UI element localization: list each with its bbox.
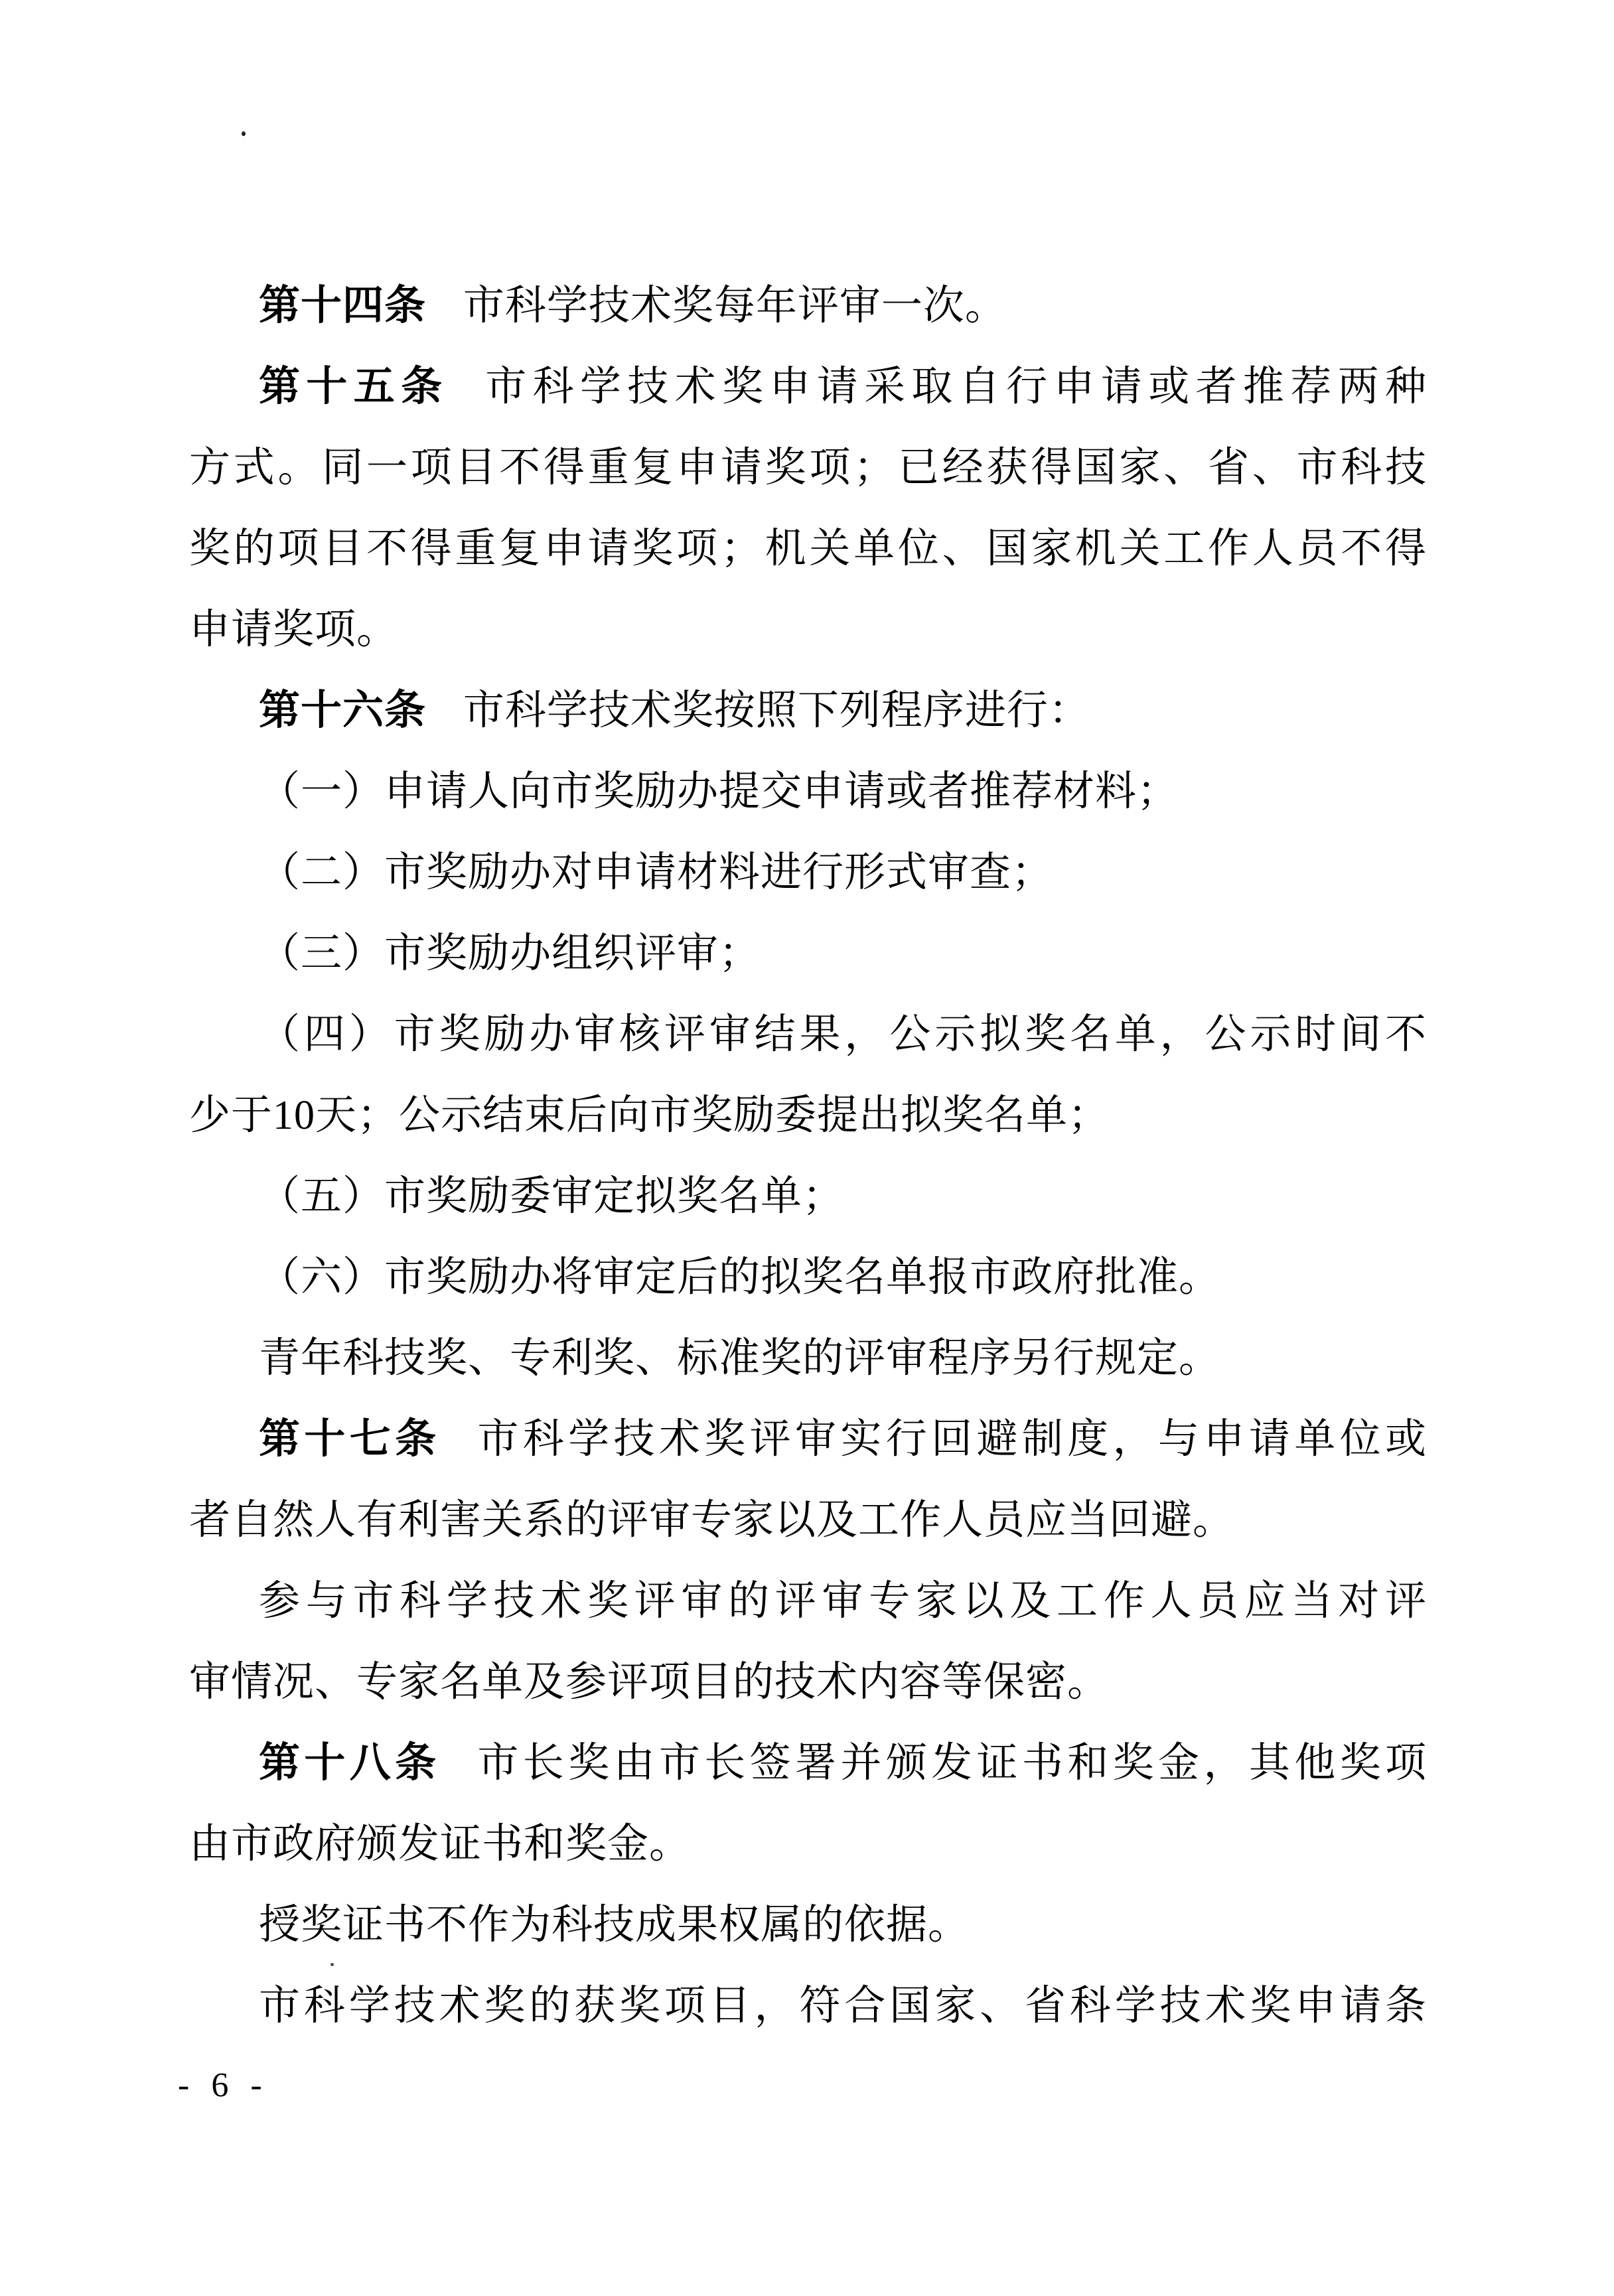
doc-line: 青年科技奖、专利奖、标准奖的评审程序另行规定。 [189, 1318, 1427, 1399]
doc-line: 参与市科学技术奖评审的评审专家以及工作人员应当对评 [189, 1561, 1427, 1642]
doc-line-item-6: （六）市奖励办将审定后的拟奖名单报市政府批准。 [189, 1237, 1427, 1318]
doc-line: 市科学技术奖的获奖项目，符合国家、省科学技术奖申请条 [189, 1966, 1427, 2046]
doc-line-item-3: （三）市奖励办组织评审； [189, 913, 1427, 994]
line-text: 由市政府颁发证书和奖金。 [189, 1822, 691, 1867]
line-text: 市科学技术奖申请采取自行申请或者推荐两种 [485, 364, 1427, 409]
line-text: 奖的项目不得重复申请奖项；机关单位、国家机关工作人员不得 [189, 526, 1427, 571]
scan-speck [242, 131, 246, 136]
document-page: 第十四条市科学技术奖每年评审一次。 第十五条市科学技术奖申请采取自行申请或者推荐… [0, 0, 1614, 2296]
line-text: 方式。同一项目不得重复申请奖项；已经获得国家、省、市科技 [189, 445, 1427, 490]
line-text: （六）市奖励办将审定后的拟奖名单报市政府批准。 [259, 1255, 1220, 1300]
doc-line-item-4: （四）市奖励办审核评审结果，公示拟奖名单，公示时间不 [189, 994, 1427, 1075]
page-number: - 6 - [178, 2062, 269, 2109]
document-body: 第十四条市科学技术奖每年评审一次。 第十五条市科学技术奖申请采取自行申请或者推荐… [189, 265, 1427, 2046]
line-text: 市长奖由市长签署并颁发证书和奖金，其他奖项 [477, 1741, 1427, 1786]
doc-line-article-15: 第十五条市科学技术奖申请采取自行申请或者推荐两种 [189, 346, 1427, 427]
article-number: 第十四条 [259, 283, 426, 328]
line-text: 审情况、专家名单及参评项目的技术内容等保密。 [189, 1660, 1109, 1705]
doc-line: 由市政府颁发证书和奖金。 [189, 1804, 1427, 1885]
doc-line: 者自然人有利害关系的评审专家以及工作人员应当回避。 [189, 1480, 1427, 1561]
line-text: （三）市奖励办组织评审； [259, 931, 761, 976]
doc-line-item-2: （二）市奖励办对申请材料进行形式审查； [189, 832, 1427, 913]
article-number: 第十六条 [259, 687, 426, 733]
doc-line: 方式。同一项目不得重复申请奖项；已经获得国家、省、市科技 [189, 427, 1427, 508]
doc-line: 授奖证书不作为科技成果权属的依据。 [189, 1885, 1427, 1966]
line-text: （一）申请人向市奖励办提交申请或者推荐材料； [259, 769, 1179, 814]
doc-line-article-14: 第十四条市科学技术奖每年评审一次。 [189, 265, 1427, 346]
line-text: （四）市奖励办审核评审结果，公示拟奖名单，公示时间不 [259, 1012, 1427, 1057]
line-text: （五）市奖励委审定拟奖名单； [259, 1174, 844, 1219]
line-text: 申请奖项。 [189, 607, 398, 652]
line-text: 青年科技奖、专利奖、标准奖的评审程序另行规定。 [259, 1336, 1220, 1381]
doc-line-item-1: （一）申请人向市奖励办提交申请或者推荐材料； [189, 751, 1427, 832]
line-text: （二）市奖励办对申请材料进行形式审查； [259, 850, 1053, 895]
article-number: 第十七条 [259, 1416, 441, 1462]
doc-line-article-17: 第十七条市科学技术奖评审实行回避制度，与申请单位或 [189, 1399, 1427, 1480]
line-text: 市科学技术奖评审实行回避制度，与申请单位或 [477, 1417, 1427, 1462]
doc-line: 申请奖项。 [189, 589, 1427, 670]
doc-line-item-5: （五）市奖励委审定拟奖名单； [189, 1156, 1427, 1237]
line-text: 市科学技术奖的获奖项目，符合国家、省科学技术奖申请条 [259, 1983, 1427, 2029]
line-text: 授奖证书不作为科技成果权属的依据。 [259, 1902, 970, 1948]
line-text: 少于10天；公示结束后向市奖励委提出拟奖名单； [189, 1093, 1110, 1138]
doc-line: 审情况、专家名单及参评项目的技术内容等保密。 [189, 1642, 1427, 1723]
doc-line-article-16: 第十六条市科学技术奖按照下列程序进行： [189, 670, 1427, 751]
line-text: 者自然人有利害关系的评审专家以及工作人员应当回避。 [189, 1498, 1234, 1543]
line-text: 市科学技术奖按照下列程序进行： [463, 688, 1090, 733]
line-text: 参与市科学技术奖评审的评审专家以及工作人员应当对评 [259, 1579, 1427, 1624]
doc-line: 少于10天；公示结束后向市奖励委提出拟奖名单； [189, 1075, 1427, 1156]
article-number: 第十八条 [259, 1740, 441, 1786]
doc-line: 奖的项目不得重复申请奖项；机关单位、国家机关工作人员不得 [189, 508, 1427, 589]
article-number: 第十五条 [259, 364, 448, 409]
doc-line-article-18: 第十八条市长奖由市长签署并颁发证书和奖金，其他奖项 [189, 1723, 1427, 1804]
line-text: 市科学技术奖每年评审一次。 [463, 283, 1007, 328]
